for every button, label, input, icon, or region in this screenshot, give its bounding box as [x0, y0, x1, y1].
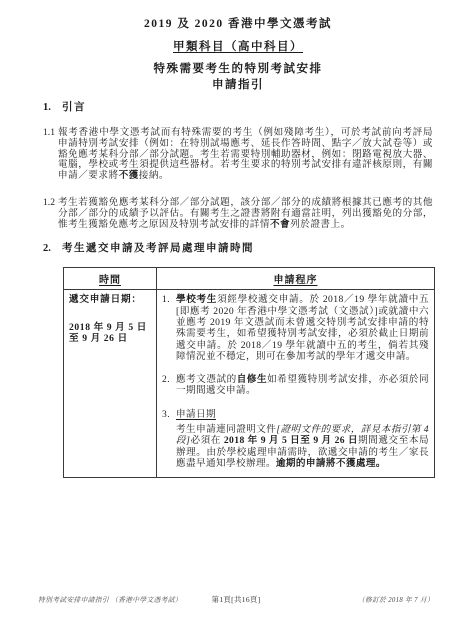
submission-date-range: 2018 年 9 月 5 日 至 9 月 26 日 — [69, 322, 151, 345]
procedure-item-3-text: 申請日期 考生申請連同證明文件[證明文件的要求，詳見本指引第 4 段]必須在 2… — [176, 409, 429, 469]
table-body-row: 遞交申請日期： 2018 年 9 月 5 日 至 9 月 26 日 1. 學校考… — [64, 290, 435, 478]
section-1-title: 引言 — [62, 101, 86, 114]
table-cell-time: 遞交申請日期： 2018 年 9 月 5 日 至 9 月 26 日 — [64, 290, 157, 478]
procedure-item-3-heading: 申請日期 — [176, 409, 429, 420]
document-title-exam: 2019 及 2020 香港中學文憑考試 — [43, 18, 433, 31]
paragraph-1-1: 1.1 報考香港中學文憑考試而有特殊需要的考生（例如殘障考生），可於考試前向考評… — [43, 128, 433, 182]
section-1-number: 1. — [43, 101, 62, 114]
paragraph-1-1-number: 1.1 — [43, 128, 58, 182]
footer-page-number: 第1頁[共16頁] — [212, 594, 261, 605]
procedure-item-3: 3. 申請日期 考生申請連同證明文件[證明文件的要求，詳見本指引第 4 段]必須… — [162, 409, 429, 469]
procedure-item-2: 2. 應考文憑試的自修生如希望獲特別考試安排，亦必須於同一期間遞交申請。 — [162, 374, 429, 397]
procedure-item-1-text: 學校考生須經學校遞交申請。於 2018／19 學年就讀中五[即應考 2020 年… — [176, 294, 429, 362]
application-schedule-table: 時間 申請程序 遞交申請日期： 2018 年 9 月 5 日 至 9 月 26 … — [63, 267, 435, 478]
footer-revision-date: （修訂於 2018 年 7 月） — [260, 594, 434, 604]
section-2-heading: 2. 考生遞交申請及考評局處理申請時間 — [43, 242, 433, 255]
document-page: 2019 及 2020 香港中學文憑考試 甲類科目（高中科目） 特殊需要考生的特… — [0, 0, 474, 632]
procedure-item-3-number: 3. — [162, 409, 176, 469]
document-title-guide: 申請指引 — [43, 79, 433, 92]
page-footer: 特別考試安排申請指引 （香港中學文憑考試） 第1頁[共16頁] （修訂於 201… — [38, 594, 434, 605]
table-header-row: 時間 申請程序 — [64, 268, 435, 290]
section-2-title: 考生遞交申請及考評局處理申請時間 — [62, 242, 254, 255]
procedure-item-3-paragraph: 考生申請連同證明文件[證明文件的要求，詳見本指引第 4 段]必須在 2018 年… — [176, 424, 429, 469]
footer-document-name: 特別考試安排申請指引 （香港中學文憑考試） — [38, 594, 212, 604]
paragraph-1-2-text: 考生若獲豁免應考某科分部／部分試題，該分部／部分的成績將根據其已應考的其他分部／… — [58, 198, 433, 230]
table-header-procedure: 申請程序 — [157, 268, 435, 290]
procedure-item-2-text: 應考文憑試的自修生如希望獲特別考試安排，亦必須於同一期間遞交申請。 — [176, 374, 429, 397]
document-title-category: 甲類科目（高中科目） — [43, 41, 433, 54]
section-introduction: 1. 引言 1.1 報考香港中學文憑考試而有特殊需要的考生（例如殘障考生），可於… — [43, 101, 433, 230]
procedure-item-2-number: 2. — [162, 374, 176, 397]
table-cell-procedure: 1. 學校考生須經學校遞交申請。於 2018／19 學年就讀中五[即應考 202… — [157, 290, 435, 478]
paragraph-1-2: 1.2 考生若獲豁免應考某科分部／部分試題，該分部／部分的成績將根據其已應考的其… — [43, 198, 433, 230]
table-header-time: 時間 — [64, 268, 157, 290]
title-block: 2019 及 2020 香港中學文憑考試 甲類科目（高中科目） 特殊需要考生的特… — [43, 18, 433, 92]
paragraph-1-1-text: 報考香港中學文憑考試而有特殊需要的考生（例如殘障考生），可於考試前向考評局申請特… — [58, 128, 433, 182]
procedure-item-1: 1. 學校考生須經學校遞交申請。於 2018／19 學年就讀中五[即應考 202… — [162, 294, 429, 362]
procedure-item-1-number: 1. — [162, 294, 176, 362]
document-title-subject: 特殊需要考生的特別考試安排 — [43, 63, 433, 76]
section-1-heading: 1. 引言 — [43, 101, 433, 114]
paragraph-1-2-number: 1.2 — [43, 198, 58, 230]
submission-date-label: 遞交申請日期： — [69, 294, 151, 305]
section-2-number: 2. — [43, 242, 62, 255]
section-application-schedule: 2. 考生遞交申請及考評局處理申請時間 時間 申請程序 遞交申請日期： 2018… — [43, 242, 433, 478]
